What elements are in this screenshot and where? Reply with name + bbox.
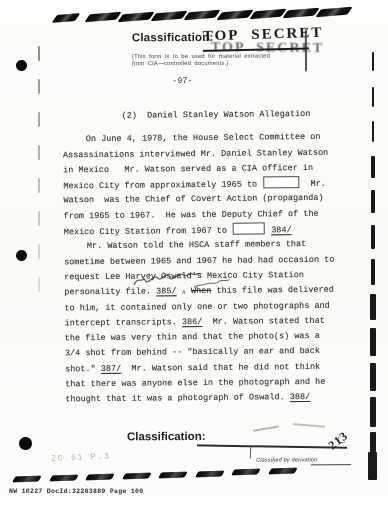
text-run: from 1965 to 1967. He was the Deputy Chi… xyxy=(64,209,319,221)
text-run: Mexico City Station from 1967 to xyxy=(64,226,232,238)
footnote-reference: 384/ xyxy=(271,225,292,235)
classification-label-bottom: Classification: xyxy=(127,431,206,443)
text-run: Watson was the Chief of Covert Action (p… xyxy=(63,193,323,205)
text-run: this file was delivered xyxy=(211,285,334,296)
text-run: Mr. Watson stated that xyxy=(202,316,325,327)
faint-pencil-mark xyxy=(293,423,325,427)
text-run: intercept transcripts. xyxy=(65,317,182,328)
section-heading: (2) Daniel Stanley Watson Allegation xyxy=(63,106,359,124)
faint-stamp: 2C 61 P.3 xyxy=(51,451,111,463)
typewriter-line: thought that it was a photograph of Oswa… xyxy=(65,390,361,408)
text-run: that there was anyone else in the photog… xyxy=(65,377,325,389)
stamp-ink-mark xyxy=(305,29,308,71)
form-usage-note: (This form is to be used for material ex… xyxy=(132,54,270,69)
classification-label-top: Classification: xyxy=(132,32,214,44)
typewriter-line: from 1965 to 1967. He was the Deputy Chi… xyxy=(64,206,360,224)
text-run: thought that it was a photograph of Oswa… xyxy=(65,393,290,405)
page-number: -97- xyxy=(172,76,192,86)
paper-content: Classification: TOP SECRET TOP SECRET (T… xyxy=(0,0,388,512)
form-note-line: from CIA—controlled documents.) xyxy=(132,61,270,69)
text-run: the file was very thin and that the phot… xyxy=(65,331,320,343)
redaction-box xyxy=(233,222,265,234)
footnote-reference: 385/ xyxy=(156,287,177,297)
typewriter-line: Assassinations interviewed Mr. Daniel St… xyxy=(63,145,359,163)
redaction-box xyxy=(263,176,299,188)
scanned-document-page: Classification: TOP SECRET TOP SECRET (T… xyxy=(0,0,388,512)
text-run: sometime between 1965 and 1967 he had ha… xyxy=(64,254,334,267)
text-run: Mr. Watson said that he did not think xyxy=(121,362,320,374)
classification-line xyxy=(197,444,347,448)
struck-word: When xyxy=(191,286,212,296)
text-run: Mexico City from approximately 1965 to xyxy=(63,180,262,192)
text-run: in Mexico Mr. Watson served as a CIA off… xyxy=(63,163,313,175)
typewriter-line: sometime between 1965 and 1967 he had ha… xyxy=(64,252,360,270)
page-stamp-213: 213 xyxy=(326,428,352,453)
text-run: Assassinations interviewed Mr. Daniel St… xyxy=(63,147,328,160)
text-run: 3/4 shot from behind -- "basically an ea… xyxy=(65,346,320,358)
footnote-reference: 387/ xyxy=(101,364,122,374)
document-body: (2) Daniel Stanley Watson AllegationOn J… xyxy=(63,106,362,407)
text-run: request Lee Harvey Oswald's Mexico City … xyxy=(64,270,304,282)
text-run: shot." xyxy=(65,364,101,374)
tick-mark xyxy=(250,447,252,459)
text-run: personality file. xyxy=(64,287,156,298)
text-run: Mr. Watson told the HSCA staff members t… xyxy=(87,239,306,251)
footnote-reference: 386/ xyxy=(182,317,203,327)
text-run: On June 4, 1978, the House Select Commit… xyxy=(86,132,321,144)
text-run: Mr. xyxy=(300,179,326,189)
text-run: to him, it contained only one or two pho… xyxy=(64,300,329,313)
classified-by-derivation-label: Classified by derivation xyxy=(256,457,317,463)
footnote-reference: 388/ xyxy=(290,392,311,402)
faint-pencil-mark xyxy=(253,426,279,432)
archive-scan-id: NW 10227 DocId:32263889 Page 100 xyxy=(9,488,143,495)
derivation-signature-line xyxy=(311,464,351,465)
